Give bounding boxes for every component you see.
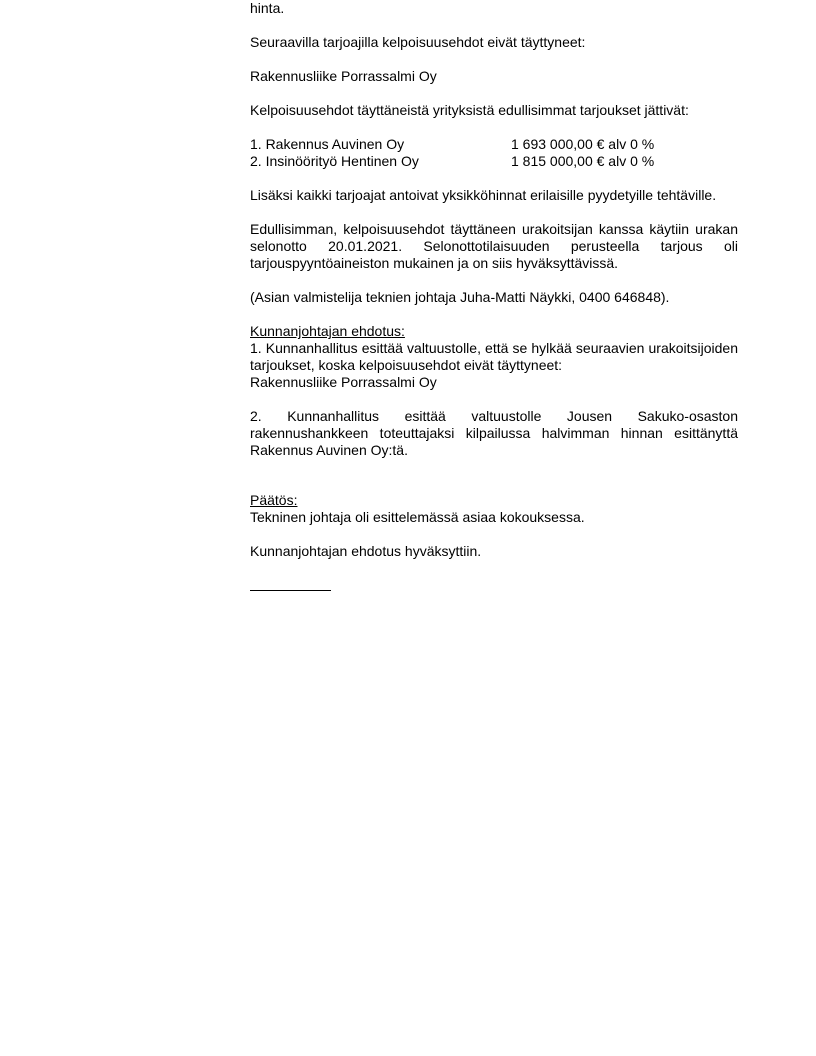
bid-name: 2. Insinöörityö Hentinen Oy [250, 153, 511, 170]
bid-amount: 1 815 000,00 € alv 0 % [511, 153, 654, 170]
clarification-text: Edullisimman, kelpoisuusehdot täyttäneen… [250, 221, 738, 272]
cheapest-intro: Kelpoisuusehdot täyttäneistä yrityksistä… [250, 102, 689, 119]
bid-name: 1. Rakennus Auvinen Oy [250, 136, 511, 153]
proposal-item-2: 2. Kunnanhallitus esittää valtuustolle J… [250, 408, 738, 459]
bid-row: 2. Insinöörityö Hentinen Oy 1 815 000,00… [250, 153, 738, 170]
proposal-item-1: 1. Kunnanhallitus esittää valtuustolle, … [250, 340, 738, 374]
decision-result: Kunnanjohtajan ehdotus hyväksyttiin. [250, 543, 481, 560]
preparer-text: (Asian valmistelija teknien johtaja Juha… [250, 289, 669, 306]
bid-row: 1. Rakennus Auvinen Oy 1 693 000,00 € al… [250, 136, 738, 153]
not-qualified-intro: Seuraavilla tarjoajilla kelpoisuusehdot … [250, 34, 585, 51]
decision-text: Tekninen johtaja oli esittelemässä asiaa… [250, 509, 585, 526]
bid-amount: 1 693 000,00 € alv 0 % [511, 136, 654, 153]
proposal-heading: Kunnanjohtajan ehdotus: [250, 323, 405, 340]
separator-line [250, 590, 331, 591]
not-qualified-company: Rakennusliike Porrassalmi Oy [250, 68, 437, 85]
bids-list: 1. Rakennus Auvinen Oy 1 693 000,00 € al… [250, 136, 738, 170]
decision-heading: Päätös: [250, 492, 297, 509]
continued-text: hinta. [250, 0, 284, 17]
proposal-item-1-company: Rakennusliike Porrassalmi Oy [250, 374, 437, 391]
unit-prices-text: Lisäksi kaikki tarjoajat antoivat yksikk… [250, 187, 716, 204]
